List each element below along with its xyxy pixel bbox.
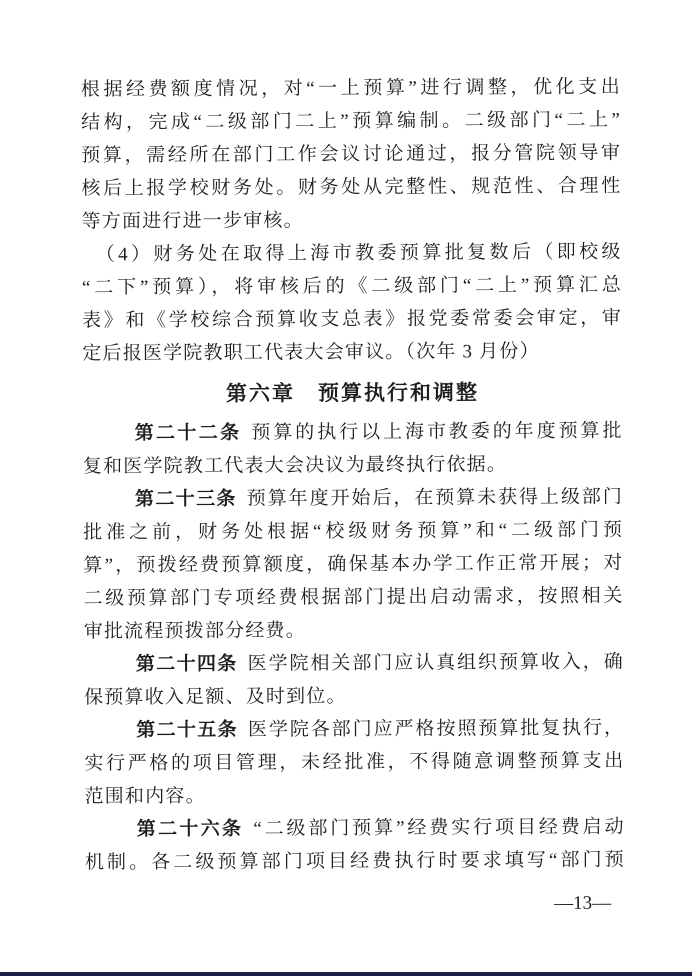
text-line: 审批流程预拨部分经费。: [84, 613, 624, 649]
text-line: 二级预算部门专项经费根据部门提出启动需求，按照相关: [83, 580, 623, 616]
text-line: 算”，预拨经费预算额度，确保基本办学工作正常开展；对: [83, 547, 623, 583]
text-line: 定后报医学院教职工代表大会审议。（次年 3 月份）: [82, 335, 622, 371]
article-25-first-line: 第二十五条医学院各部门应严格按照预算批复执行，: [84, 712, 624, 748]
text-line: 结构，完成“二级部门二上”预算编制。二级部门“二上”: [81, 104, 621, 140]
article-26-first-line: 第二十六条“二级部门预算”经费实行项目经费启动: [85, 811, 625, 847]
article-24-term: 第二十四条: [136, 654, 238, 676]
article-23-text: 预算年度开始后，在预算未获得上级部门: [247, 487, 623, 510]
text-line: 实行严格的项目管理，未经批准，不得随意调整预算支出: [84, 745, 624, 781]
text-line: 核后上报学校财务处。财务处从完整性、规范性、合理性: [81, 170, 621, 206]
text-line: 等方面进行进一步审核。: [81, 203, 621, 239]
text-line: “二下”预算），将审核后的《二级部门“二上”预算汇总: [82, 269, 622, 305]
article-26-text: “二级部门预算”经费实行项目经费启动: [253, 817, 625, 840]
article-25-text: 医学院各部门应严格按照预算批复执行，: [248, 718, 624, 741]
footer-bar: [0, 972, 692, 976]
text-line: 表》和《学校综合预算收支总表》报党委常委会审定，审: [82, 302, 622, 338]
article-24-text: 医学院相关部门应认真组织预算收入，确: [248, 652, 624, 675]
document-page: 根据经费额度情况，对“一上预算”进行调整，优化支出 结构，完成“二级部门二上”预…: [0, 0, 692, 979]
text-line: 保预算收入足额、及时到位。: [84, 679, 624, 715]
article-23-term: 第二十三条: [135, 489, 237, 511]
article-22-term: 第二十二条: [135, 423, 242, 445]
article-22-text: 预算的执行以上海市教委的年度预算批: [251, 421, 622, 444]
article-22-first-line: 第二十二条预算的执行以上海市教委的年度预算批: [83, 415, 623, 451]
article-25-term: 第二十五条: [136, 720, 238, 742]
page-number: —13—: [85, 893, 625, 918]
text-line: 范围和内容。: [84, 778, 624, 814]
page-content: 根据经费额度情况，对“一上预算”进行调整，优化支出 结构，完成“二级部门二上”预…: [81, 71, 625, 918]
text-line: 机制。各二级预算部门项目经费执行时要求填写“部门预: [85, 844, 625, 880]
text-line: 根据经费额度情况，对“一上预算”进行调整，优化支出: [81, 71, 621, 107]
article-23-first-line: 第二十三条预算年度开始后，在预算未获得上级部门: [83, 481, 623, 517]
text-line: 复和医学院教工代表大会决议为最终执行依据。: [83, 448, 623, 484]
article-26-term: 第二十六条: [137, 819, 244, 841]
text-line: （4）财务处在取得上海市教委预算批复数后（即校级: [82, 236, 622, 272]
text-line: 批准之前，财务处根据“校级财务预算”和“二级部门预: [83, 514, 623, 550]
chapter-heading: 第六章 预算执行和调整: [82, 376, 622, 412]
text-line: 预算，需经所在部门工作会议讨论通过，报分管院领导审: [81, 137, 621, 173]
article-24-first-line: 第二十四条医学院相关部门应认真组织预算收入，确: [84, 646, 624, 682]
